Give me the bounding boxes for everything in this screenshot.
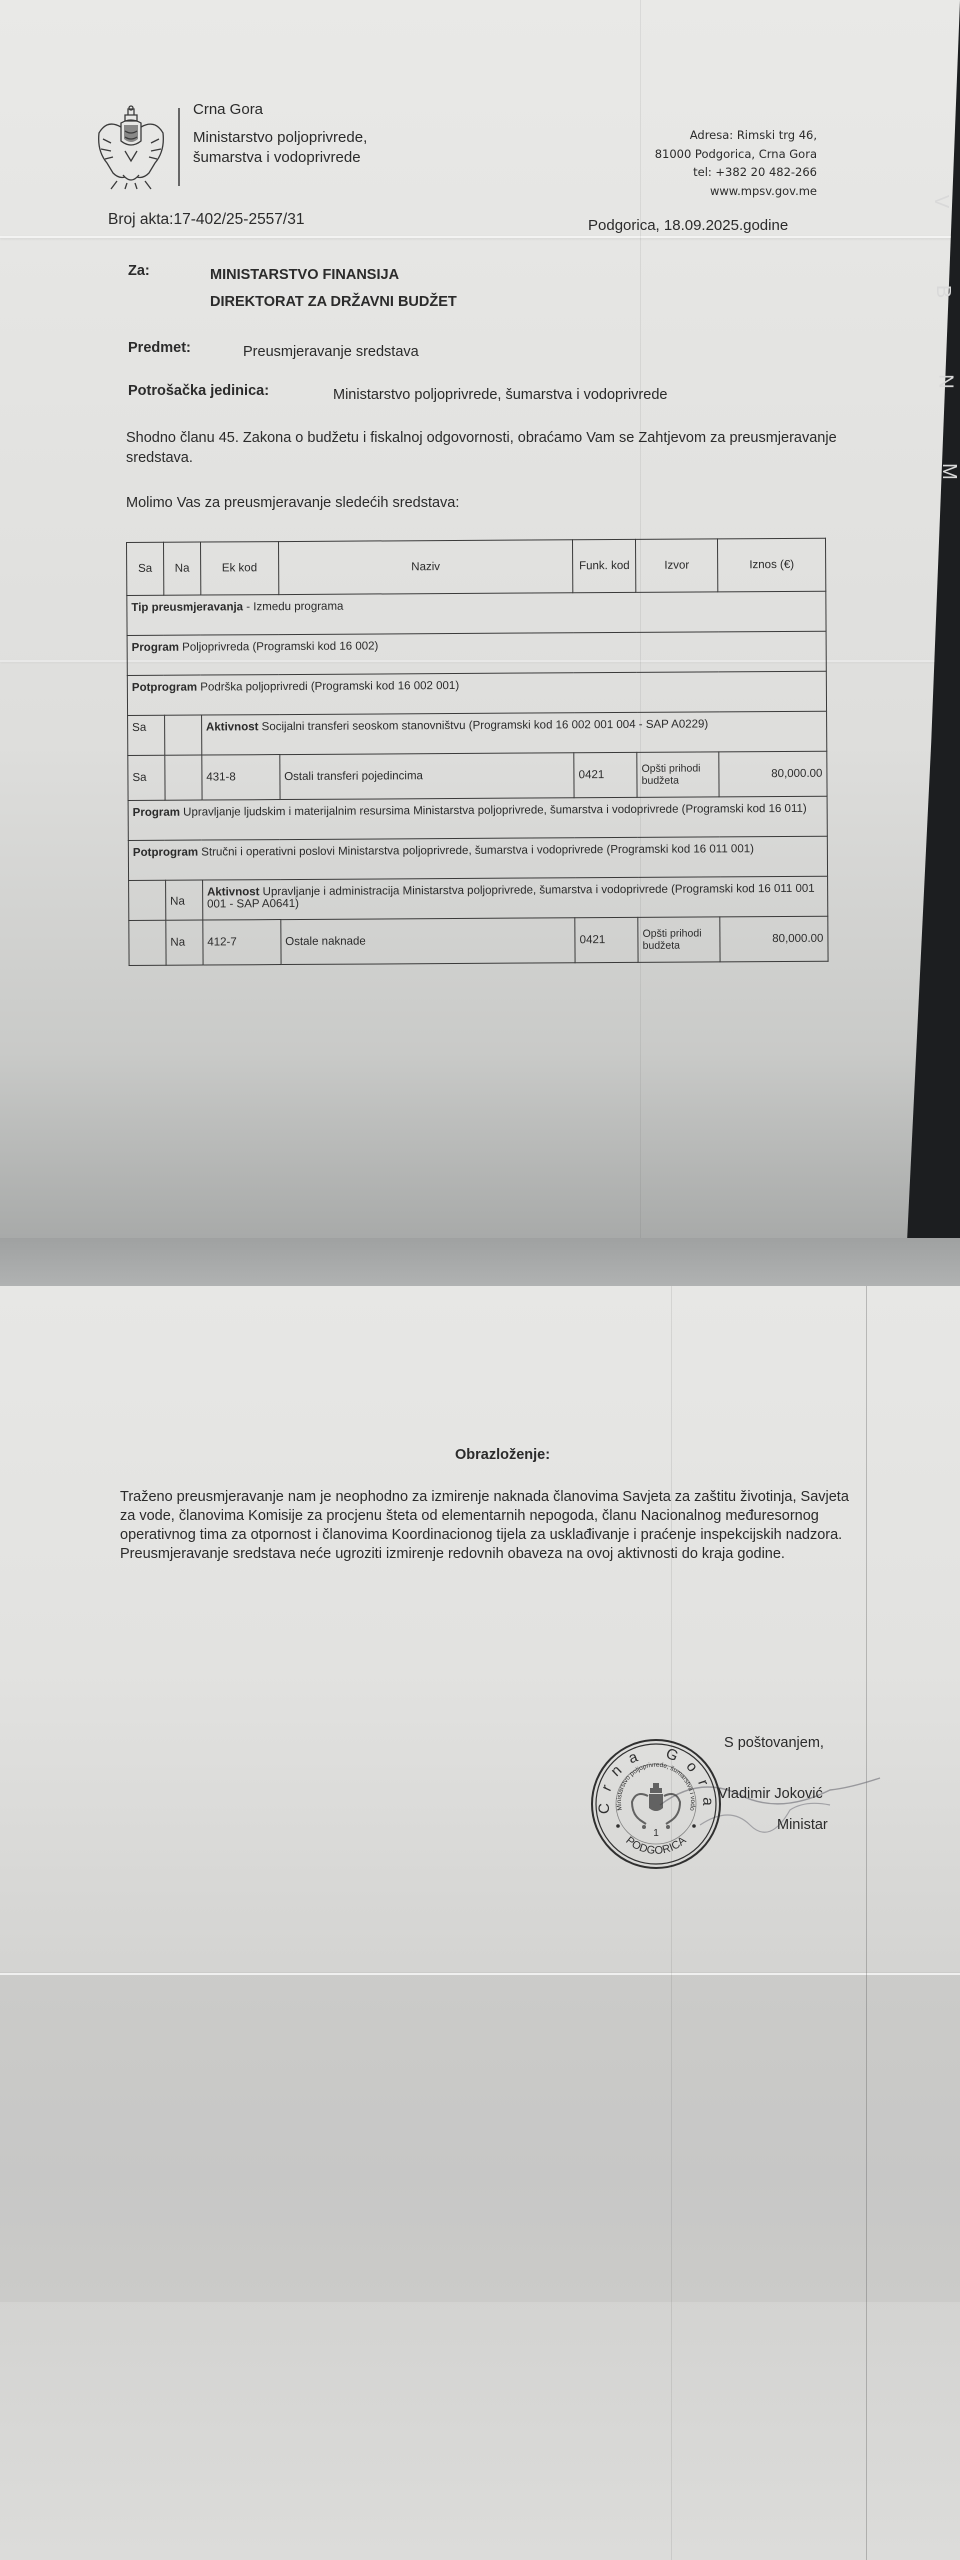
- subject-label: Predmet:: [128, 340, 191, 356]
- table-header-row: Sa Na Ek kod Naziv Funk. kod Izvor Iznos…: [127, 538, 826, 595]
- document-date: Podgorica, 18.09.2025.godine: [588, 217, 788, 234]
- justification-paragraph-2: Preusmjeravanje sredstava neće ugroziti …: [120, 1545, 860, 1564]
- table-row-subprogram: Potprogram Podrška poljoprivredi (Progra…: [127, 671, 826, 715]
- cell-na: Na: [166, 920, 203, 965]
- subject-value: Preusmjeravanje sredstava: [243, 344, 419, 360]
- table-row-program: Program Upravljanje ljudskim i materijal…: [128, 796, 827, 840]
- ministry-line-1: Ministarstvo poljoprivrede,: [193, 128, 367, 148]
- closing-regards: S poštovanjem,: [724, 1735, 824, 1751]
- intro-paragraph: Shodno članu 45. Zakona o budžetu i fisk…: [126, 428, 846, 468]
- letterhead-country: Crna Gora: [193, 101, 263, 118]
- recipient-line-1: MINISTARSTVO FINANSIJA: [210, 267, 399, 283]
- paper-edge-line: [866, 1286, 867, 2560]
- row-text: Upravljanje ljudskim i materijalnim resu…: [180, 803, 807, 819]
- signer-name: Vladimir Joković: [718, 1786, 823, 1802]
- spending-unit-label: Potrošačka jedinica:: [128, 383, 269, 399]
- cell-izvor: Opšti prihodi budžeta: [637, 752, 719, 797]
- paper-shadow: [0, 1972, 960, 2302]
- document-page-1: Crna Gora Ministarstvo poljoprivrede, šu…: [0, 0, 960, 1238]
- table-row-activity: Sa Aktivnost Socijalni transferi seoskom…: [128, 711, 827, 755]
- reallocation-table: Sa Na Ek kod Naziv Funk. kod Izvor Iznos…: [126, 538, 829, 966]
- address-website: www.mpsv.gov.me: [655, 182, 817, 201]
- spending-unit-value: Ministarstvo poljoprivrede, šumarstva i …: [333, 387, 667, 403]
- table-row-line-item: Sa 431-8 Ostali transferi pojedincima 04…: [128, 751, 827, 800]
- row-text: Stručni i operativni poslovi Ministarstv…: [198, 843, 754, 858]
- table-row-reallocation-type: Tip preusmjeravanja - Izmedu programa: [127, 591, 826, 635]
- justification-paragraph-1: Traženo preusmjeravanje nam je neophodno…: [120, 1488, 860, 1545]
- column-header-na: Na: [163, 542, 200, 595]
- row-label: Potprogram: [133, 847, 198, 859]
- cell-naziv: Ostale naknade: [281, 918, 576, 965]
- background-letter: N: [934, 374, 957, 388]
- cell-iznos: 80,000.00: [719, 751, 827, 797]
- cell-izvor: Opšti prihodi budžeta: [638, 917, 720, 962]
- cell-sa: Sa: [128, 715, 165, 755]
- justification-body: Traženo preusmjeravanje nam je neophodno…: [120, 1488, 860, 1564]
- column-header-izvor: Izvor: [636, 539, 718, 592]
- row-text: Upravljanje i administracija Ministarstv…: [207, 883, 815, 911]
- background-letter: V: [929, 195, 952, 208]
- row-text: Podrška poljoprivredi (Programski kod 16…: [197, 680, 459, 694]
- paper-fold: [0, 236, 960, 238]
- ministry-line-2: šumarstva i vodoprivrede: [193, 148, 367, 168]
- background-letter: M: [937, 463, 960, 480]
- cell-na: Na: [166, 880, 203, 920]
- column-header-iznos: Iznos (€): [718, 538, 826, 592]
- act-number: Broj akta:17-402/25-2557/31: [108, 211, 304, 229]
- cell-ek-kod: 412-7: [203, 920, 281, 965]
- row-label: Aktivnost: [207, 886, 259, 898]
- recipient-line-2: DIREKTORAT ZA DRŽAVNI BUDŽET: [210, 294, 457, 310]
- row-label: Program: [132, 642, 179, 654]
- row-label: Potprogram: [132, 682, 197, 694]
- row-label: Tip preusmjeravanja: [131, 601, 243, 614]
- cell-sa: Sa: [128, 755, 165, 800]
- page-gap: [0, 1238, 960, 1286]
- stamp-number: 1: [653, 1828, 659, 1839]
- cell-sa: [129, 920, 166, 965]
- cell-funk-kod: 0421: [574, 752, 637, 797]
- table-row-program: Program Poljoprivreda (Programski kod 16…: [127, 631, 826, 675]
- letterhead-divider: [178, 108, 180, 186]
- paper-fold: [0, 1973, 960, 1975]
- justification-title: Obrazloženje:: [455, 1447, 550, 1463]
- background-object-letters: V B N M: [924, 0, 960, 520]
- row-text: - Izmedu programa: [243, 601, 343, 614]
- cell-ek-kod: 431-8: [202, 755, 280, 800]
- ministry-address: Adresa: Rimski trg 46, 81000 Podgorica, …: [655, 126, 817, 200]
- row-label: Program: [133, 807, 180, 819]
- row-label: Aktivnost: [206, 721, 258, 733]
- row-text: Poljoprivreda (Programski kod 16 002): [179, 640, 379, 653]
- request-sentence: Molimo Vas za preusmjeravanje sledećih s…: [126, 495, 459, 511]
- letterhead-ministry: Ministarstvo poljoprivrede, šumarstva i …: [193, 128, 367, 168]
- cell-sa: [129, 880, 166, 920]
- address-phone: tel: +382 20 482-266: [655, 163, 817, 182]
- cell-na: [165, 715, 202, 755]
- column-header-ek-kod: Ek kod: [200, 542, 278, 595]
- column-header-naziv: Naziv: [278, 540, 573, 595]
- recipient-label: Za:: [128, 263, 150, 279]
- row-text: Socijalni transferi seoskom stanovništvu…: [258, 718, 708, 733]
- document-page-2: [0, 1286, 960, 2560]
- address-city: 81000 Podgorica, Crna Gora: [655, 145, 817, 164]
- table-row-subprogram: Potprogram Stručni i operativni poslovi …: [128, 836, 827, 880]
- address-street: Adresa: Rimski trg 46,: [655, 126, 817, 145]
- signer-role: Ministar: [777, 1817, 828, 1833]
- table-row-line-item: Na 412-7 Ostale naknade 0421 Opšti priho…: [129, 916, 828, 965]
- background-letter: B: [931, 285, 954, 298]
- table-row-activity: Na Aktivnost Upravljanje i administracij…: [129, 876, 828, 920]
- cell-funk-kod: 0421: [575, 917, 638, 962]
- paper-crease: [671, 1286, 672, 2560]
- cell-iznos: 80,000.00: [720, 916, 828, 962]
- stamp-crest-icon: [632, 1783, 680, 1829]
- column-header-sa: Sa: [127, 542, 164, 595]
- cell-naziv: Ostali transferi pojedincima: [280, 753, 575, 800]
- official-stamp: Crna Gora Ministarstvo poljoprivrede, šu…: [588, 1736, 724, 1872]
- column-header-funk-kod: Funk. kod: [573, 539, 636, 592]
- cell-na: [165, 755, 202, 800]
- montenegro-coat-of-arms-icon: [95, 105, 167, 191]
